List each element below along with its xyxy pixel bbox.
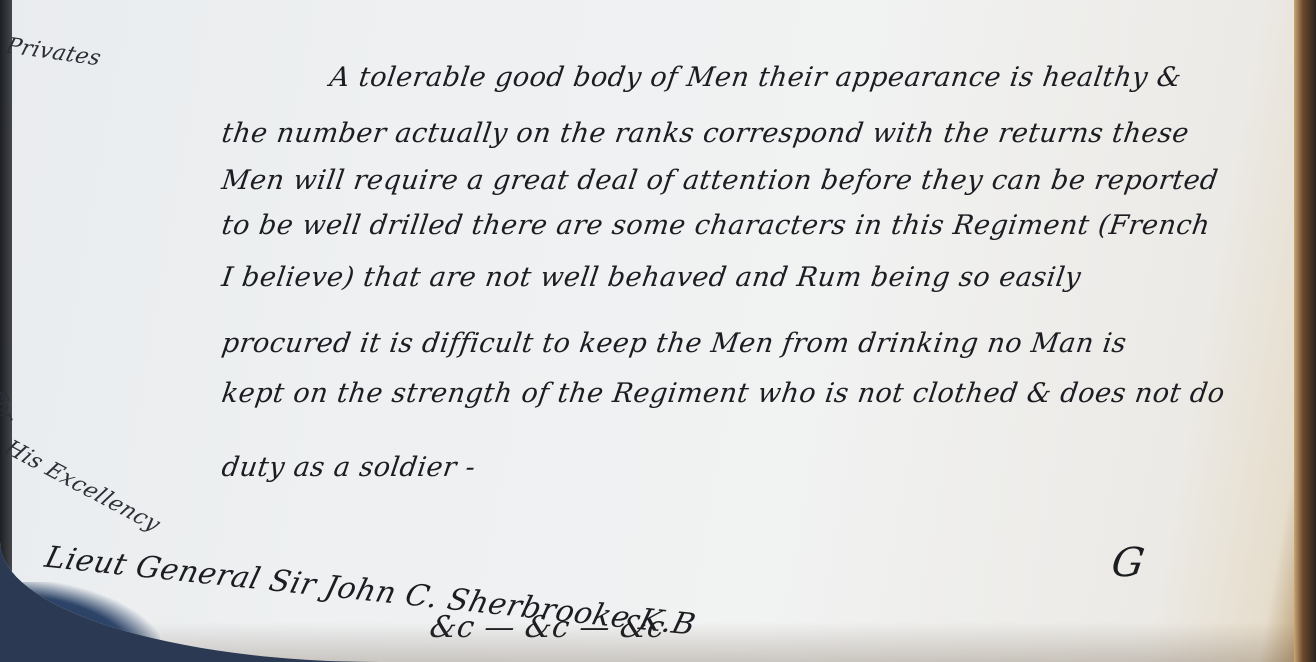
body-line-3: Men will require a great deal of attenti… — [220, 165, 1220, 196]
body-line-1: A tolerable good body of Men their appea… — [328, 62, 1184, 93]
body-line-7: kept on the strength of the Regiment who… — [220, 378, 1227, 409]
margin-note-for: For — [0, 388, 19, 423]
book-spine — [0, 0, 12, 600]
margin-note-his-excellency: His Excellency — [0, 436, 165, 537]
margin-note-privates: Privates — [3, 34, 104, 71]
page-right-edge — [1294, 0, 1316, 662]
body-line-5: I believe) that are not well behaved and… — [220, 262, 1083, 293]
closing-initial: G — [1109, 540, 1148, 586]
body-line-8: duty as a soldier - — [220, 452, 478, 483]
manuscript-page: Privates A tolerable good body of Men th… — [0, 0, 1316, 662]
body-line-2: the number actually on the ranks corresp… — [220, 118, 1191, 149]
page-bottom-shadow — [0, 622, 1316, 662]
background-cloth — [0, 582, 160, 662]
body-line-6: procured it is difficult to keep the Men… — [220, 328, 1129, 359]
body-line-4: to be well drilled there are some charac… — [220, 210, 1212, 241]
